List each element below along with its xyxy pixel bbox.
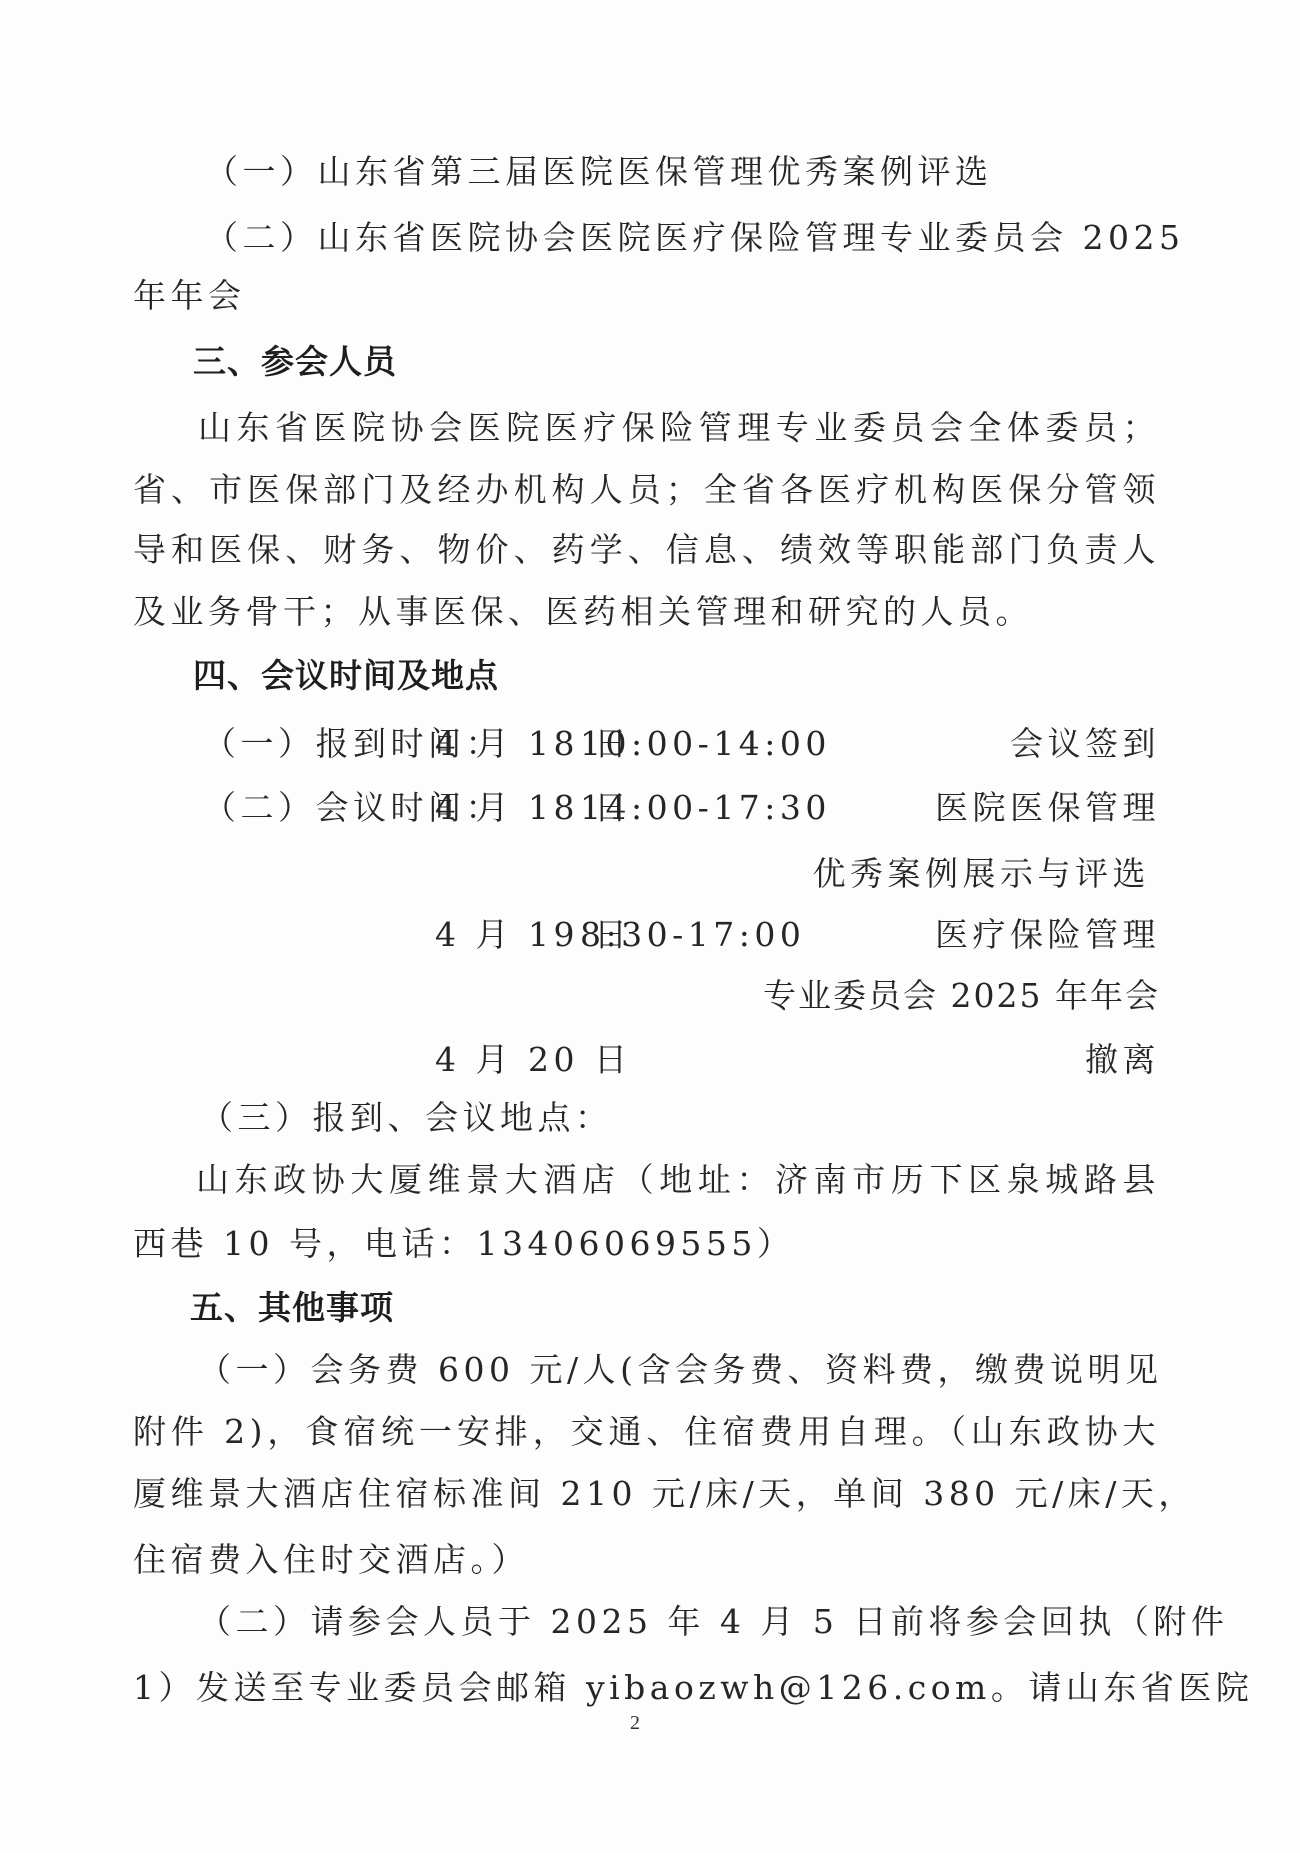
page-number: 2	[630, 1712, 640, 1735]
section5-item1-line: 住宿费入住时交酒店。）	[133, 1540, 529, 1580]
section4-heading: 四、会议时间及地点	[193, 656, 499, 696]
session-time: 14:00-17:30	[580, 788, 831, 828]
section2-item2-line2: 年年会	[133, 276, 246, 316]
section5-item2-line: 1）发送至专业委员会邮箱 yibaozwh@126.com。请山东省医院	[133, 1668, 1160, 1708]
session-activity-cont: 专业委员会 2025 年年会	[650, 976, 1160, 1016]
section3-para-line: 及业务骨干；从事医保、医药相关管理和研究的人员。	[133, 592, 1033, 632]
section5-item1-line: 附件 2)，食宿统一安排，交通、住宿费用自理。（山东政协大	[133, 1412, 1160, 1452]
section5-item2-line: （二）请参会人员于 2025 年 4 月 5 日前将参会回执（附件	[198, 1602, 1160, 1642]
section3-para-line: 省、市医保部门及经办机构人员；全省各医疗机构医保分管领	[133, 470, 1160, 510]
venue-line2: 西巷 10 号，电话：13406069555）	[133, 1224, 794, 1264]
section5-heading: 五、其他事项	[190, 1288, 394, 1328]
section5-item1-line: （一）会务费 600 元/人(含会务费、资料费，缴费说明见	[198, 1350, 1160, 1390]
session-date: 4 月 20 日	[435, 1040, 631, 1080]
venue-label: （三）报到、会议地点：	[200, 1098, 613, 1138]
session-activity: 医院医保管理	[800, 788, 1160, 828]
section5-item1-line: 厦维景大酒店住宿标准间 210 元/床/天，单间 380 元/床/天，	[133, 1474, 1153, 1514]
section3-para-line: 导和医保、财务、物价、药学、信息、绩效等职能部门负责人	[133, 530, 1160, 570]
document-page: （一）山东省第三届医院医保管理优秀案例评选 （二）山东省医院协会医院医疗保险管理…	[0, 0, 1300, 1853]
section2-item2-line1: （二）山东省医院协会医院医疗保险管理专业委员会 2025	[205, 218, 1160, 258]
venue-line1: 山东政协大厦维景大酒店（地址：济南市历下区泉城路县	[196, 1160, 1160, 1200]
section3-heading: 三、参会人员	[193, 342, 397, 382]
registration-time: 10:00-14:00	[580, 724, 831, 764]
registration-activity: 会议签到	[800, 724, 1160, 764]
session-activity: 撤离	[800, 1040, 1160, 1080]
session-time: 8:30-17:00	[580, 915, 805, 955]
section2-item1: （一）山东省第三届医院医保管理优秀案例评选	[205, 152, 993, 192]
session-activity: 医疗保险管理	[800, 915, 1160, 955]
session-activity-cont: 优秀案例展示与评选	[700, 854, 1150, 894]
section3-para-line: 山东省医院协会医院医疗保险管理专业委员会全体委员；	[198, 408, 1160, 448]
